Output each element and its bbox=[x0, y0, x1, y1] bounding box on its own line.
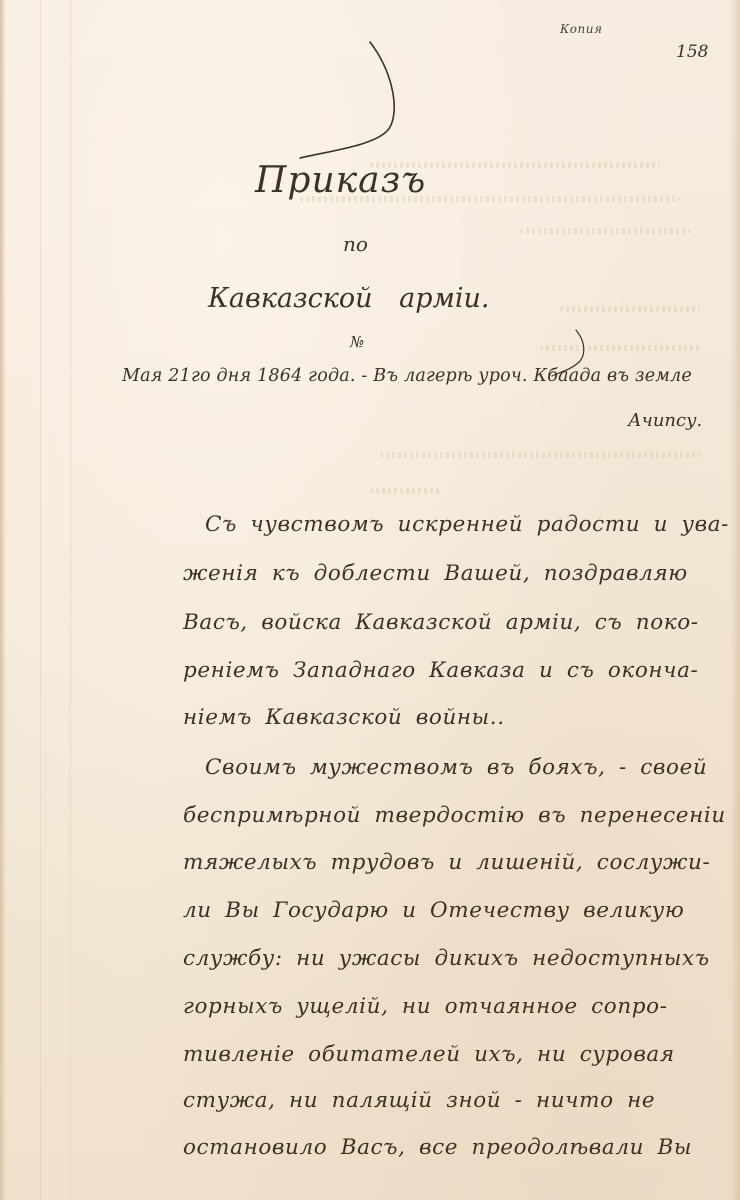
body-line: Васъ, войска Кавказской арміи, съ поко- bbox=[183, 610, 699, 635]
body-line: тивленіе обитателей ихъ, ни суровая bbox=[183, 1042, 675, 1067]
title-army: Кавказской арміи. bbox=[208, 283, 490, 314]
body-line: женія къ доблести Вашей, поздравляю bbox=[183, 561, 688, 586]
body-line: службу: ни ужасы дикихъ недоступныхъ bbox=[183, 946, 710, 971]
body-line: тяжелыхъ трудовъ и лишеній, сослужи- bbox=[183, 850, 710, 875]
date-location-line-continuation: Ачипсу. bbox=[628, 410, 702, 431]
folio-number: 158 bbox=[676, 42, 708, 62]
bleed-through bbox=[560, 306, 700, 312]
date-location-line: Мая 21го дня 1864 года. - Въ лагерѣ уроч… bbox=[122, 366, 692, 386]
document-title: Приказъ bbox=[255, 160, 426, 201]
archive-note: Копия bbox=[560, 22, 602, 36]
bleed-through bbox=[370, 488, 440, 494]
body-line: остановило Васъ, все преодолѣвали Вы bbox=[183, 1135, 692, 1160]
body-line: ли Вы Государю и Отечеству великую bbox=[183, 898, 684, 923]
page-right-edge bbox=[730, 0, 740, 1200]
body-line: беспримѣрной твердостію въ перенесеніи bbox=[183, 803, 726, 828]
bleed-through bbox=[520, 228, 690, 234]
body-line: стужа, ни палящій зной - ничто не bbox=[183, 1088, 655, 1113]
body-line: Своимъ мужествомъ въ бояхъ, - своей bbox=[205, 755, 707, 780]
bleed-through bbox=[380, 452, 700, 458]
title-preposition: по bbox=[343, 232, 368, 256]
margin-rule bbox=[40, 0, 41, 1200]
body-line: Съ чувствомъ искренней радости и ува- bbox=[205, 512, 729, 537]
bleed-through bbox=[540, 345, 700, 351]
body-line: горныхъ ущелій, ни отчаянное сопро- bbox=[183, 994, 668, 1019]
number-sign: № bbox=[350, 333, 364, 351]
binding-edge bbox=[0, 0, 6, 1200]
body-line: ніемъ Кавказской войны.. bbox=[183, 705, 505, 730]
body-line: реніемъ Западнаго Кавказа и съ оконча- bbox=[183, 658, 698, 683]
manuscript-page: Копия 158 Приказъ по Кавказской арміи. №… bbox=[0, 0, 740, 1200]
margin-rule bbox=[70, 0, 71, 1200]
